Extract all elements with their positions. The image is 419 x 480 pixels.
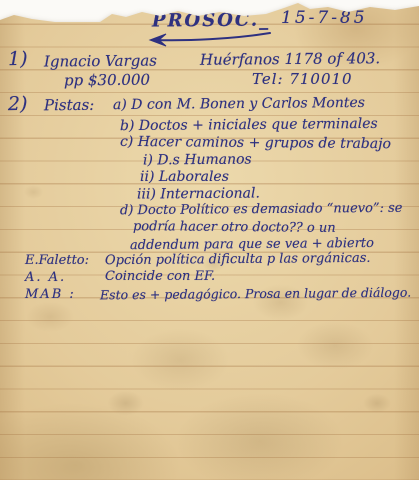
entry1-number: 1) xyxy=(8,48,28,70)
entry2-item-b: b) Doctos + iniciales que terminales xyxy=(120,116,378,134)
paper-sheet: PROSOC._ 15-7-85 1) Ignacio Vargas Huérf… xyxy=(0,0,419,480)
note-date: 15-7-85 xyxy=(281,8,368,28)
entry1-name: Ignacio Vargas xyxy=(44,52,157,71)
paper-shadow-wrap: PROSOC._ 15-7-85 1) Ignacio Vargas Huérf… xyxy=(0,0,419,480)
scanned-note-page: PROSOC._ 15-7-85 1) Ignacio Vargas Huérf… xyxy=(0,0,419,480)
comment-faletto-who: E.Faletto: xyxy=(25,253,89,268)
comment-mab-who: MAB : xyxy=(25,287,76,302)
entry2-item-d-line1: d) Docto Político es demasiado “nuevo”: … xyxy=(120,201,403,218)
entry2-item-c-ii: ii) Laborales xyxy=(140,169,229,185)
entry2-item-c-iii: iii) Internacional. xyxy=(137,185,260,202)
entry1-price: pp $30.000 xyxy=(64,71,150,90)
comment-faletto-text: Opción política dificulta p las orgánica… xyxy=(105,251,371,268)
entry2-item-a: a) D con M. Bonen y Carlos Montes xyxy=(113,95,365,113)
comment-mab-text: Esto es + pedagógico. Prosa en lugar de … xyxy=(100,285,411,303)
comment-aa-who: A. A. xyxy=(25,270,66,285)
entry2-label: Pistas: xyxy=(44,96,94,114)
entry2-item-c-i: i) D.s Humanos xyxy=(143,152,252,169)
underline-arrow-icon xyxy=(138,27,278,49)
entry2-number: 2) xyxy=(8,93,28,115)
comment-aa-text: Coincide con EF. xyxy=(105,269,215,284)
entry1-phone: Tel: 710010 xyxy=(252,70,353,88)
entry2-item-c: c) Hacer caminos + grupos de trabajo xyxy=(120,134,391,152)
entry2-item-d-line2: podría hacer otro docto?? o un xyxy=(133,219,336,236)
entry1-address: Huérfanos 1178 of 403. xyxy=(200,49,380,69)
